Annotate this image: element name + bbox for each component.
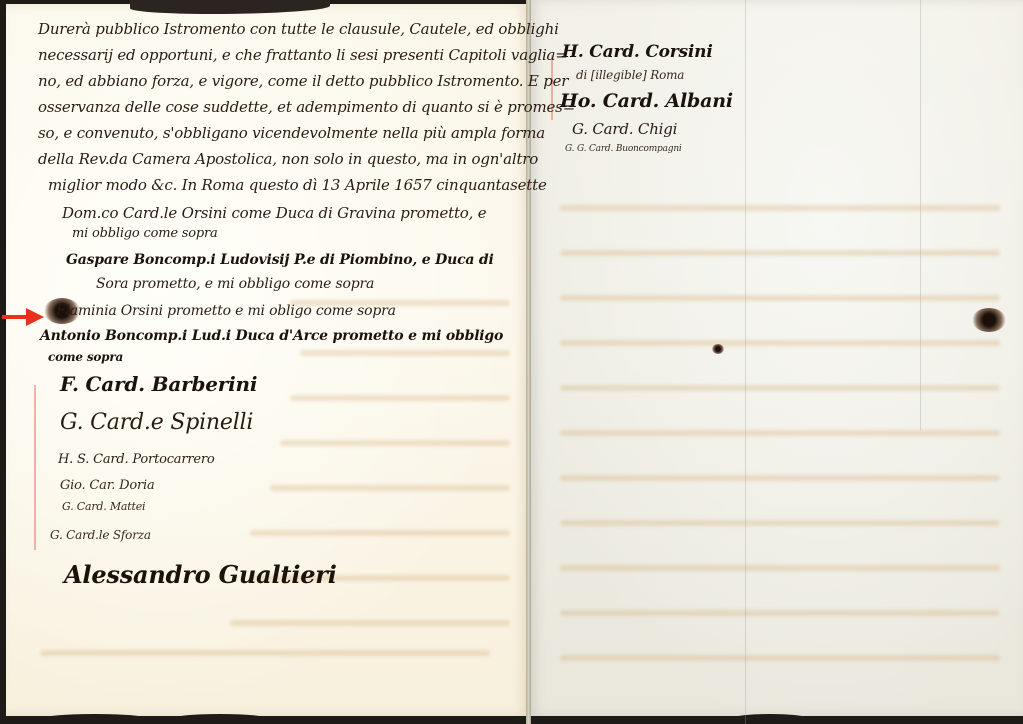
bleed-through	[280, 440, 510, 446]
body-line: miglior modo &c. In Roma questo dì 13 Ap…	[48, 176, 547, 194]
signature-line: H. Card. Corsini	[562, 42, 713, 62]
bottom-shadow	[730, 714, 810, 724]
signature-line: Antonio Boncomp.i Lud.i Duca d'Arce prom…	[40, 328, 503, 344]
paper-fold	[745, 0, 746, 724]
bleed-through	[270, 485, 510, 491]
signature-line: Sora prometto, e mi obbligo come sopra	[96, 276, 374, 292]
bleed-through	[300, 350, 510, 356]
body-line: so, e convenuto, s'obbligano vicendevolm…	[38, 124, 545, 142]
ink-blot	[972, 308, 1006, 332]
signature-line: come sopra	[48, 350, 123, 364]
bleed-through	[560, 475, 1000, 481]
signature-line: G. Card. Mattei	[62, 500, 145, 513]
manuscript-scan: Durerà pubblico Istromento con tutte le …	[0, 0, 1023, 724]
signature-line-highlighted: Flaminia Orsini prometto e mi obligo com…	[56, 303, 396, 319]
red-margin-line	[34, 385, 36, 550]
bleed-through	[560, 655, 1000, 661]
body-line: osservanza delle cose suddette, et ademp…	[38, 98, 575, 116]
bleed-through	[40, 650, 490, 656]
body-line: necessarij ed opportuni, e che frattanto…	[38, 46, 568, 64]
bleed-through	[560, 205, 1000, 211]
signature-line: G. Card.le Sforza	[50, 528, 151, 542]
ink-spot	[712, 344, 724, 354]
body-line: della Rev.da Camera Apostolica, non solo…	[38, 150, 538, 168]
body-line: Durerà pubblico Istromento con tutte le …	[38, 20, 559, 38]
bleed-through	[560, 250, 1000, 256]
bottom-shadow	[170, 714, 270, 724]
bleed-through	[250, 530, 510, 536]
signature-line: Ho. Card. Albani	[560, 90, 733, 112]
signature-line: Gio. Car. Doria	[60, 478, 155, 493]
bleed-through	[560, 520, 1000, 526]
signature-line: mi obbligo come sopra	[72, 226, 218, 241]
signature-line: Dom.co Card.le Orsini come Duca di Gravi…	[62, 204, 486, 222]
signature-line: G. G. Card. Buoncompagni	[565, 144, 682, 154]
bleed-through	[290, 395, 510, 401]
signature-line: di [illegible] Roma	[576, 68, 684, 82]
bleed-through	[560, 610, 1000, 616]
signature-line: Alessandro Gualtieri	[64, 560, 337, 589]
bleed-through	[560, 385, 1000, 391]
bleed-through	[560, 430, 1000, 436]
bleed-through	[560, 295, 1000, 301]
body-line: no, ed abbiano forza, e vigore, come il …	[38, 72, 568, 90]
bottom-shadow	[40, 714, 150, 724]
bleed-through	[230, 620, 510, 626]
signature-line: H. S. Card. Portocarrero	[58, 452, 215, 467]
bleed-through	[560, 565, 1000, 571]
signature-line: G. Card.e Spinelli	[60, 410, 253, 435]
signature-line: F. Card. Barberini	[60, 372, 257, 396]
red-arrow-annotation-icon	[2, 308, 44, 326]
signature-line: Gaspare Boncomp.i Ludovisij P.e di Piomb…	[66, 252, 494, 268]
signature-line: G. Card. Chigi	[572, 120, 677, 138]
paper-fold	[920, 0, 921, 430]
bleed-through	[560, 340, 1000, 346]
